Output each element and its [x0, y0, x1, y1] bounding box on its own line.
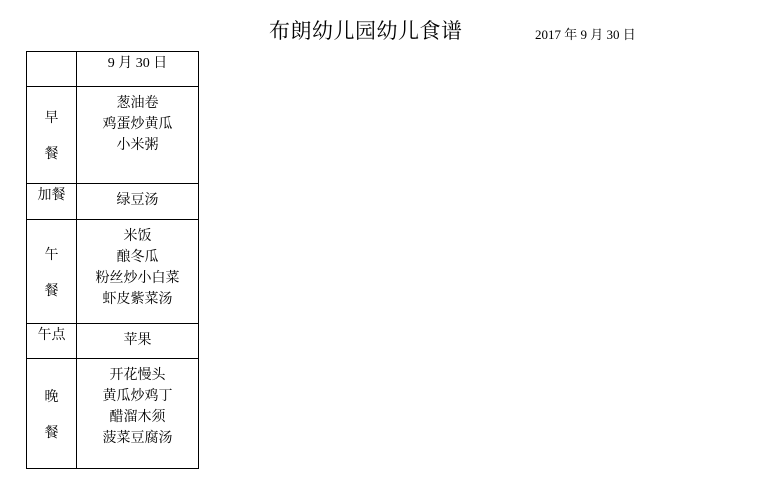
table-row-breakfast: 早 餐 葱油卷 鸡蛋炒黄瓜 小米粥 — [27, 87, 199, 184]
table-row-morning-snack: 加餐 绿豆汤 — [27, 184, 199, 220]
meal-label-cell: 加餐 — [27, 184, 77, 220]
meal-label-cell: 午点 — [27, 324, 77, 359]
menu-item: 粉丝炒小白菜 — [77, 268, 198, 289]
meal-label-char: 午 — [45, 244, 59, 264]
page-title: 布朗幼儿园幼儿食谱 — [269, 15, 463, 45]
menu-table: 9 月 30 日 早 餐 葱油卷 鸡蛋炒黄瓜 小米粥 加餐 — [26, 51, 199, 469]
table-row-dinner: 晚 餐 开花慢头 黄瓜炒鸡丁 醋溜木须 菠菜豆腐汤 — [27, 359, 199, 469]
menu-items-cell: 绿豆汤 — [77, 184, 199, 220]
table-header-row: 9 月 30 日 — [27, 52, 199, 87]
menu-items-cell: 苹果 — [77, 324, 199, 359]
menu-item: 酿冬瓜 — [77, 247, 198, 268]
meal-label-cell: 晚 餐 — [27, 359, 77, 469]
meal-label-char: 晚 — [45, 386, 59, 406]
meal-label: 加餐 — [38, 188, 66, 203]
menu-items-cell: 开花慢头 黄瓜炒鸡丁 醋溜木须 菠菜豆腐汤 — [77, 359, 199, 469]
meal-label: 午点 — [38, 328, 66, 343]
menu-item: 绿豆汤 — [77, 190, 198, 211]
menu-item: 黄瓜炒鸡丁 — [77, 386, 198, 407]
menu-items: 绿豆汤 — [77, 184, 198, 211]
menu-items: 葱油卷 鸡蛋炒黄瓜 小米粥 — [77, 87, 198, 156]
header-empty-cell — [27, 52, 77, 87]
meal-label: 早 餐 — [27, 87, 76, 183]
menu-item: 虾皮紫菜汤 — [77, 289, 198, 310]
menu-items: 米饭 酿冬瓜 粉丝炒小白菜 虾皮紫菜汤 — [77, 220, 198, 310]
table-row-lunch: 午 餐 米饭 酿冬瓜 粉丝炒小白菜 虾皮紫菜汤 — [27, 220, 199, 324]
document-date: 2017 年 9 月 30 日 — [535, 24, 636, 43]
menu-items-cell: 葱油卷 鸡蛋炒黄瓜 小米粥 — [77, 87, 199, 184]
menu-item: 鸡蛋炒黄瓜 — [77, 114, 198, 135]
menu-item: 米饭 — [77, 226, 198, 247]
meal-label: 晚 餐 — [27, 359, 76, 468]
meal-label: 午 餐 — [27, 220, 76, 323]
meal-label-char: 餐 — [45, 422, 59, 442]
document-page: 布朗幼儿园幼儿食谱 2017 年 9 月 30 日 9 月 30 日 早 餐 葱… — [0, 0, 766, 483]
meal-label-char: 餐 — [45, 143, 59, 163]
meal-label-cell: 早 餐 — [27, 87, 77, 184]
menu-item: 小米粥 — [77, 135, 198, 156]
header-date-cell: 9 月 30 日 — [77, 52, 199, 87]
menu-item: 苹果 — [77, 330, 198, 351]
menu-items: 开花慢头 黄瓜炒鸡丁 醋溜木须 菠菜豆腐汤 — [77, 359, 198, 449]
menu-items: 苹果 — [77, 324, 198, 351]
meal-label-cell: 午 餐 — [27, 220, 77, 324]
meal-label-char: 早 — [45, 107, 59, 127]
menu-item: 葱油卷 — [77, 93, 198, 114]
table-row-afternoon-snack: 午点 苹果 — [27, 324, 199, 359]
menu-item: 醋溜木须 — [77, 407, 198, 428]
meal-label-char: 餐 — [45, 280, 59, 300]
menu-items-cell: 米饭 酿冬瓜 粉丝炒小白菜 虾皮紫菜汤 — [77, 220, 199, 324]
menu-item: 菠菜豆腐汤 — [77, 428, 198, 449]
menu-item: 开花慢头 — [77, 365, 198, 386]
